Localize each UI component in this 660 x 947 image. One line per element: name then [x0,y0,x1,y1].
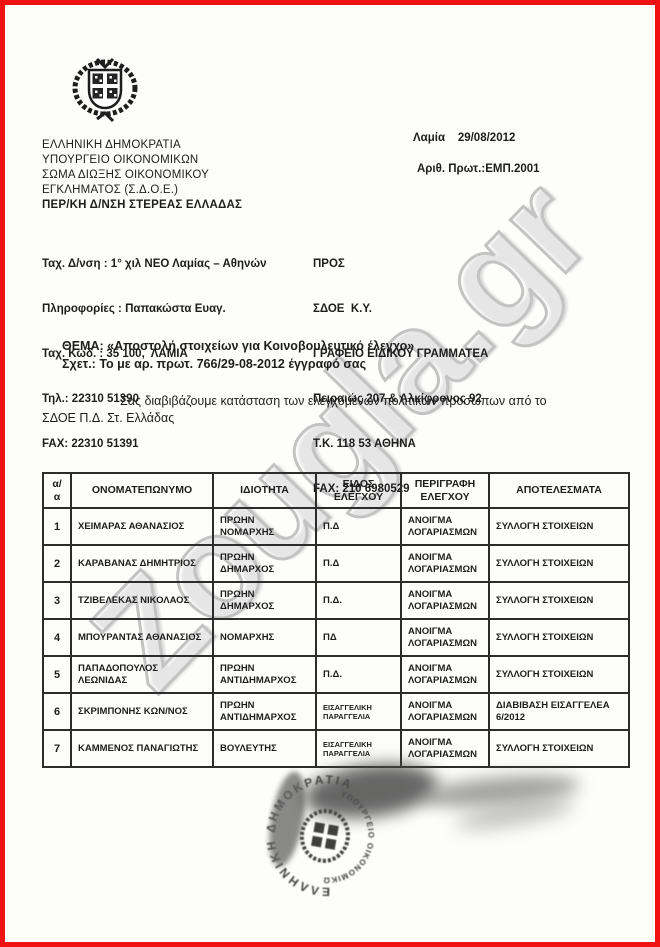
cell-result: ΣΥΛΛΟΓΗ ΣΤΟΙΧΕΙΩΝ [489,619,629,656]
table-row: 3 ΤΖΙΒΕΛΕΚΑΣ ΝΙΚΟΛΑΟΣ ΠΡΩΗΝ ΔΗΜΑΡΧΟΣ Π.Δ… [43,582,629,619]
greek-coat-of-arms-icon [63,55,147,127]
protocol-number: Αριθ. Πρωτ.:ΕΜΠ.2001 [417,163,540,175]
cell-name: ΣΚΡΙΜΠΟΝΗΣ ΚΩΝ/ΝΟΣ [71,693,213,730]
recipient-line: Τ.Κ. 118 53 ΑΘΗΝΑ [313,437,488,452]
column-header-name: ΟΝΟΜΑΤΕΠΩΝΥΜΟ [71,473,213,508]
sender-line: ΠΕΡ/ΚΗ Δ/ΝΣΗ ΣΤΕΡΕΑΣ ΕΛΛΑΔΑΣ [42,198,242,213]
contact-line: FAX: 22310 51391 [42,437,267,452]
cell-title: ΒΟΥΛΕΥΤΗΣ [213,730,316,767]
cell-check-type: ΠΔ [316,619,401,656]
sender-line: ΕΛΛΗΝΙΚΗ ΔΗΜΟΚΡΑΤΙΑ [42,138,242,153]
column-header-check-desc: ΠΕΡΙΓΡΑΦΗ ΕΛΕΓΧΟΥ [401,473,489,508]
cell-name: ΚΑΜΜΕΝΟΣ ΠΑΝΑΓΙΩΤΗΣ [71,730,213,767]
cell-check-type: Π.Δ [316,508,401,545]
column-header-title: ΙΔΙΟΤΗΤΑ [213,473,316,508]
cell-index: 1 [43,508,71,545]
column-header-results: ΑΠΟΤΕΛΕΣΜΑΤΑ [489,473,629,508]
cell-index: 7 [43,730,71,767]
contact-line: Πληροφορίες : Παπακώστα Ευαγ. [42,302,267,317]
cell-title: ΠΡΩΗΝ ΔΗΜΑΡΧΟΣ [213,545,316,582]
cell-index: 6 [43,693,71,730]
cell-name: ΠΑΠΑΔΟΠΟΥΛΟΣ ΛΕΩΝΙΔΑΣ [71,656,213,693]
contact-line: Ταχ. Δ/νση : 1° χιλ ΝΕΟ Λαμίας – Αθηνών [42,257,267,272]
cell-check-type: ΕΙΣΑΓΓΕΛΙΚΗ ΠΑΡΑΓΓΕΛΙΑ [316,693,401,730]
cell-check-desc: ΑΝΟΙΓΜΑ ΛΟΓΑΡΙΑΣΜΩΝ [401,656,489,693]
audited-persons-table: α/α ΟΝΟΜΑΤΕΠΩΝΥΜΟ ΙΔΙΟΤΗΤΑ ΕΙΔΟΣ ΕΛΕΓΧΟΥ… [42,472,630,768]
subject-line: ΘΕΜΑ: «Αποστολή στοιχείων για Κοινοβουλε… [62,339,414,353]
scanned-document-page: Zougla.gr ΕΛΛΗΝΙΚΗ ΔΗΜΟΚΡΑΤΙΑ ΥΠΟΥΡΓΕΙΟ … [0,0,660,947]
recipient-label: ΠΡΟΣ [313,257,488,272]
cell-result: ΣΥΛΛΟΓΗ ΣΤΟΙΧΕΙΩΝ [489,508,629,545]
cell-result: ΣΥΛΛΟΓΗ ΣΤΟΙΧΕΙΩΝ [489,582,629,619]
column-header-check-type: ΕΙΔΟΣ ΕΛΕΓΧΟΥ [316,473,401,508]
cell-index: 3 [43,582,71,619]
body-paragraph: Σας διαβιβάζουμε κατάσταση των ελεγχομέν… [42,393,582,427]
cell-result: ΣΥΛΛΟΓΗ ΣΤΟΙΧΕΙΩΝ [489,730,629,767]
cell-title: ΠΡΩΗΝ ΝΟΜΑΡΧΗΣ [213,508,316,545]
cell-name: ΚΑΡΑΒΑΝΑΣ ΔΗΜΗΤΡΙΟΣ [71,545,213,582]
cell-result: ΔΙΑΒΙΒΑΣΗ ΕΙΣΑΓΓΕΛΕΑ 6/2012 [489,693,629,730]
cell-title: ΝΟΜΑΡΧΗΣ [213,619,316,656]
cell-check-type: Π.Δ. [316,656,401,693]
table-row: 4 ΜΠΟΥΡΑΝΤΑΣ ΑΘΑΝΑΣΙΟΣ ΝΟΜΑΡΧΗΣ ΠΔ ΑΝΟΙΓ… [43,619,629,656]
recipient-line: ΣΔΟΕ Κ.Υ. [313,302,488,317]
cell-check-type: Π.Δ. [316,582,401,619]
cell-check-desc: ΑΝΟΙΓΜΑ ΛΟΓΑΡΙΑΣΜΩΝ [401,582,489,619]
sender-block: ΕΛΛΗΝΙΚΗ ΔΗΜΟΚΡΑΤΙΑ ΥΠΟΥΡΓΕΙΟ ΟΙΚΟΝΟΜΙΚΩ… [42,138,242,213]
table-row: 7 ΚΑΜΜΕΝΟΣ ΠΑΝΑΓΙΩΤΗΣ ΒΟΥΛΕΥΤΗΣ ΕΙΣΑΓΓΕΛ… [43,730,629,767]
contact-block: Ταχ. Δ/νση : 1° χιλ ΝΕΟ Λαμίας – Αθηνών … [42,227,267,482]
table-row: 1 ΧΕΙΜΑΡΑΣ ΑΘΑΝΑΣΙΟΣ ΠΡΩΗΝ ΝΟΜΑΡΧΗΣ Π.Δ … [43,508,629,545]
cell-check-desc: ΑΝΟΙΓΜΑ ΛΟΓΑΡΙΑΣΜΩΝ [401,545,489,582]
sender-line: ΥΠΟΥΡΓΕΙΟ ΟΙΚΟΝΟΜΙΚΩΝ [42,153,242,168]
cell-check-desc: ΑΝΟΙΓΜΑ ΛΟΓΑΡΙΑΣΜΩΝ [401,619,489,656]
cell-check-desc: ΑΝΟΙΓΜΑ ΛΟΓΑΡΙΑΣΜΩΝ [401,693,489,730]
place-date: Λαμία 29/08/2012 [413,132,515,144]
cell-result: ΣΥΛΛΟΓΗ ΣΤΟΙΧΕΙΩΝ [489,656,629,693]
cell-title: ΠΡΩΗΝ ΑΝΤΙΔΗΜΑΡΧΟΣ [213,693,316,730]
cell-check-desc: ΑΝΟΙΓΜΑ ΛΟΓΑΡΙΑΣΜΩΝ [401,730,489,767]
cell-title: ΠΡΩΗΝ ΔΗΜΑΡΧΟΣ [213,582,316,619]
cell-check-type: Π.Δ [316,545,401,582]
cell-name: ΧΕΙΜΑΡΑΣ ΑΘΑΝΑΣΙΟΣ [71,508,213,545]
cell-index: 5 [43,656,71,693]
cell-check-desc: ΑΝΟΙΓΜΑ ΛΟΓΑΡΙΑΣΜΩΝ [401,508,489,545]
cell-check-type: ΕΙΣΑΓΓΕΛΙΚΗ ΠΑΡΑΓΓΕΛΙΑ [316,730,401,767]
sender-line: ΣΩΜΑ ΔΙΩΞΗΣ ΟΙΚΟΝΟΜΙΚΟΥ [42,168,242,183]
cell-name: ΜΠΟΥΡΑΝΤΑΣ ΑΘΑΝΑΣΙΟΣ [71,619,213,656]
sender-line: ΕΓΚΛΗΜΑΤΟΣ (Σ.Δ.Ο.Ε.) [42,183,242,198]
table-row: 5 ΠΑΠΑΔΟΠΟΥΛΟΣ ΛΕΩΝΙΔΑΣ ΠΡΩΗΝ ΑΝΤΙΔΗΜΑΡΧ… [43,656,629,693]
table-row: 6 ΣΚΡΙΜΠΟΝΗΣ ΚΩΝ/ΝΟΣ ΠΡΩΗΝ ΑΝΤΙΔΗΜΑΡΧΟΣ … [43,693,629,730]
table-row: 2 ΚΑΡΑΒΑΝΑΣ ΔΗΜΗΤΡΙΟΣ ΠΡΩΗΝ ΔΗΜΑΡΧΟΣ Π.Δ… [43,545,629,582]
cell-name: ΤΖΙΒΕΛΕΚΑΣ ΝΙΚΟΛΑΟΣ [71,582,213,619]
table-header-row: α/α ΟΝΟΜΑΤΕΠΩΝΥΜΟ ΙΔΙΟΤΗΤΑ ΕΙΔΟΣ ΕΛΕΓΧΟΥ… [43,473,629,508]
cell-title: ΠΡΩΗΝ ΑΝΤΙΔΗΜΑΡΧΟΣ [213,656,316,693]
cell-result: ΣΥΛΛΟΓΗ ΣΤΟΙΧΕΙΩΝ [489,545,629,582]
cell-index: 4 [43,619,71,656]
column-header-index: α/α [43,473,71,508]
reference-line: Σχετ.: Το με αρ. πρωτ. 766/29-08-2012 έγ… [62,357,366,371]
cell-index: 2 [43,545,71,582]
